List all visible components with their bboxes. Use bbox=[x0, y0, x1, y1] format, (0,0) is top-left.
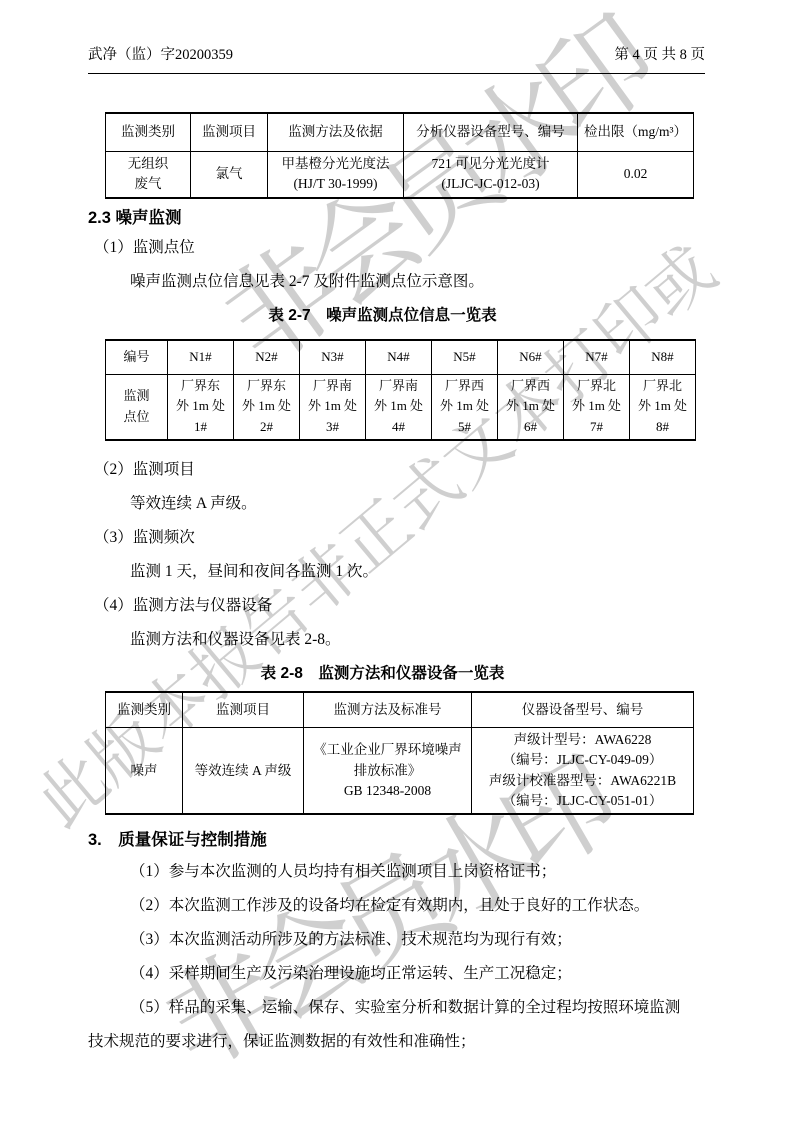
quality-item-3: （3）本次监测活动所涉及的方法标准、技术规范均为现行有效； bbox=[88, 923, 705, 957]
quality-item-4: （4）采样期间生产及污染治理设施均正常运转、生产工况稳定； bbox=[88, 957, 705, 991]
section-heading-noise: 2.3 噪声监测 bbox=[88, 205, 705, 231]
table-header-cell: 监测方法及依据 bbox=[268, 113, 404, 151]
table-cell: 厂界东 外 1m 处 1# bbox=[168, 374, 234, 440]
table-cell: 无组织 废气 bbox=[106, 151, 191, 198]
table-header-row: 监测类别 监测项目 监测方法及依据 分析仪器设备型号、编号 检出限（mg/m³） bbox=[106, 113, 694, 151]
noise-item-3-text: 监测 1 天，昼间和夜间各监测 1 次。 bbox=[88, 555, 705, 589]
table-header-cell: 检出限（mg/m³） bbox=[578, 113, 694, 151]
table-header-cell: 编号 bbox=[106, 340, 168, 374]
table-cell: 厂界北 外 1m 处 7# bbox=[564, 374, 630, 440]
section-heading-quality: 3. 质量保证与控制措施 bbox=[88, 825, 705, 855]
noise-item-2-text: 等效连续 A 声级。 bbox=[88, 487, 705, 521]
quality-item-1: （1）参与本次监测的人员均持有相关监测项目上岗资格证书； bbox=[88, 855, 705, 889]
noise-item-2-label: （2）监测项目 bbox=[88, 453, 705, 487]
table-cell: 厂界南 外 1m 处 3# bbox=[300, 374, 366, 440]
table-header-cell: N2# bbox=[234, 340, 300, 374]
table-cell: 721 可见分光光度计 (JLJC-JC-012-03) bbox=[404, 151, 578, 198]
table-header-cell: 监测项目 bbox=[191, 113, 268, 151]
page-content: 武净（监）字20200359 第 4 页 共 8 页 监测类别 监测项目 监测方… bbox=[0, 0, 793, 1059]
table-cell: 厂界南 外 1m 处 4# bbox=[366, 374, 432, 440]
table-2-8-caption: 表 2-8 监测方法和仪器设备一览表 bbox=[88, 657, 677, 691]
table-header-cell: 监测类别 bbox=[106, 692, 183, 728]
table-cell: 0.02 bbox=[578, 151, 694, 198]
quality-item-5: （5）样品的采集、运输、保存、实验室分析和数据计算的全过程均按照环境监测 bbox=[88, 991, 705, 1025]
table-row: 监测 点位 厂界东 外 1m 处 1# 厂界东 外 1m 处 2# 厂界南 外 … bbox=[106, 374, 696, 440]
table-header-cell: N4# bbox=[366, 340, 432, 374]
table-cell: 厂界西 外 1m 处 6# bbox=[498, 374, 564, 440]
table-cell: 厂界东 外 1m 处 2# bbox=[234, 374, 300, 440]
noise-item-4-text: 监测方法和仪器设备见表 2-8。 bbox=[88, 623, 705, 657]
table-row: 噪声 等效连续 A 声级 《工业企业厂界环境噪声 排放标准》 GB 12348-… bbox=[106, 728, 694, 814]
page-header: 武净（监）字20200359 第 4 页 共 8 页 bbox=[88, 44, 705, 74]
table-cell: 监测 点位 bbox=[106, 374, 168, 440]
table-header-cell: 监测方法及标准号 bbox=[304, 692, 472, 728]
table-header-cell: N8# bbox=[630, 340, 696, 374]
table-header-cell: N5# bbox=[432, 340, 498, 374]
table-row: 无组织 废气 氯气 甲基橙分光光度法 (HJ/T 30-1999) 721 可见… bbox=[106, 151, 694, 198]
table-cell: 等效连续 A 声级 bbox=[183, 728, 304, 814]
quality-item-2: （2）本次监测工作涉及的设备均在检定有效期内，且处于良好的工作状态。 bbox=[88, 889, 705, 923]
table-header-cell: 分析仪器设备型号、编号 bbox=[404, 113, 578, 151]
table-header-cell: N3# bbox=[300, 340, 366, 374]
table-header-cell: N1# bbox=[168, 340, 234, 374]
noise-item-1-label: （1）监测点位 bbox=[88, 231, 705, 265]
quality-item-5-continuation: 技术规范的要求进行，保证监测数据的有效性和准确性； bbox=[88, 1025, 705, 1059]
noise-item-1-text: 噪声监测点位信息见表 2-7 及附件监测点位示意图。 bbox=[88, 265, 705, 299]
table-cell: 氯气 bbox=[191, 151, 268, 198]
noise-item-4-label: （4）监测方法与仪器设备 bbox=[88, 589, 705, 623]
noise-points-table: 编号 N1# N2# N3# N4# N5# N6# N7# N8# 监测 点位… bbox=[105, 339, 696, 441]
table-cell: 声级计型号：AWA6228 （编号：JLJC-CY-049-09） 声级计校准器… bbox=[472, 728, 694, 814]
page-indicator: 第 4 页 共 8 页 bbox=[614, 44, 705, 66]
table-cell: 甲基橙分光光度法 (HJ/T 30-1999) bbox=[268, 151, 404, 198]
table-header-cell: N6# bbox=[498, 340, 564, 374]
table-header-cell: 仪器设备型号、编号 bbox=[472, 692, 694, 728]
doc-number: 武净（监）字20200359 bbox=[88, 44, 233, 66]
noise-method-table: 监测类别 监测项目 监测方法及标准号 仪器设备型号、编号 噪声 等效连续 A 声… bbox=[105, 691, 694, 815]
table-cell: 厂界北 外 1m 处 8# bbox=[630, 374, 696, 440]
table-2-7-caption: 表 2-7 噪声监测点位信息一览表 bbox=[88, 299, 677, 333]
table-cell: 厂界西 外 1m 处 5# bbox=[432, 374, 498, 440]
report-page: 非会员水印 此版本报告非正式文本打印或 非会员水印 武净（监）字20200359… bbox=[0, 0, 793, 1122]
table-header-row: 监测类别 监测项目 监测方法及标准号 仪器设备型号、编号 bbox=[106, 692, 694, 728]
table-header-cell: N7# bbox=[564, 340, 630, 374]
table-cell: 噪声 bbox=[106, 728, 183, 814]
noise-item-3-label: （3）监测频次 bbox=[88, 521, 705, 555]
table-header-cell: 监测类别 bbox=[106, 113, 191, 151]
table-header-row: 编号 N1# N2# N3# N4# N5# N6# N7# N8# bbox=[106, 340, 696, 374]
table-cell: 《工业企业厂界环境噪声 排放标准》 GB 12348-2008 bbox=[304, 728, 472, 814]
table-header-cell: 监测项目 bbox=[183, 692, 304, 728]
gas-monitoring-table: 监测类别 监测项目 监测方法及依据 分析仪器设备型号、编号 检出限（mg/m³）… bbox=[105, 112, 694, 199]
